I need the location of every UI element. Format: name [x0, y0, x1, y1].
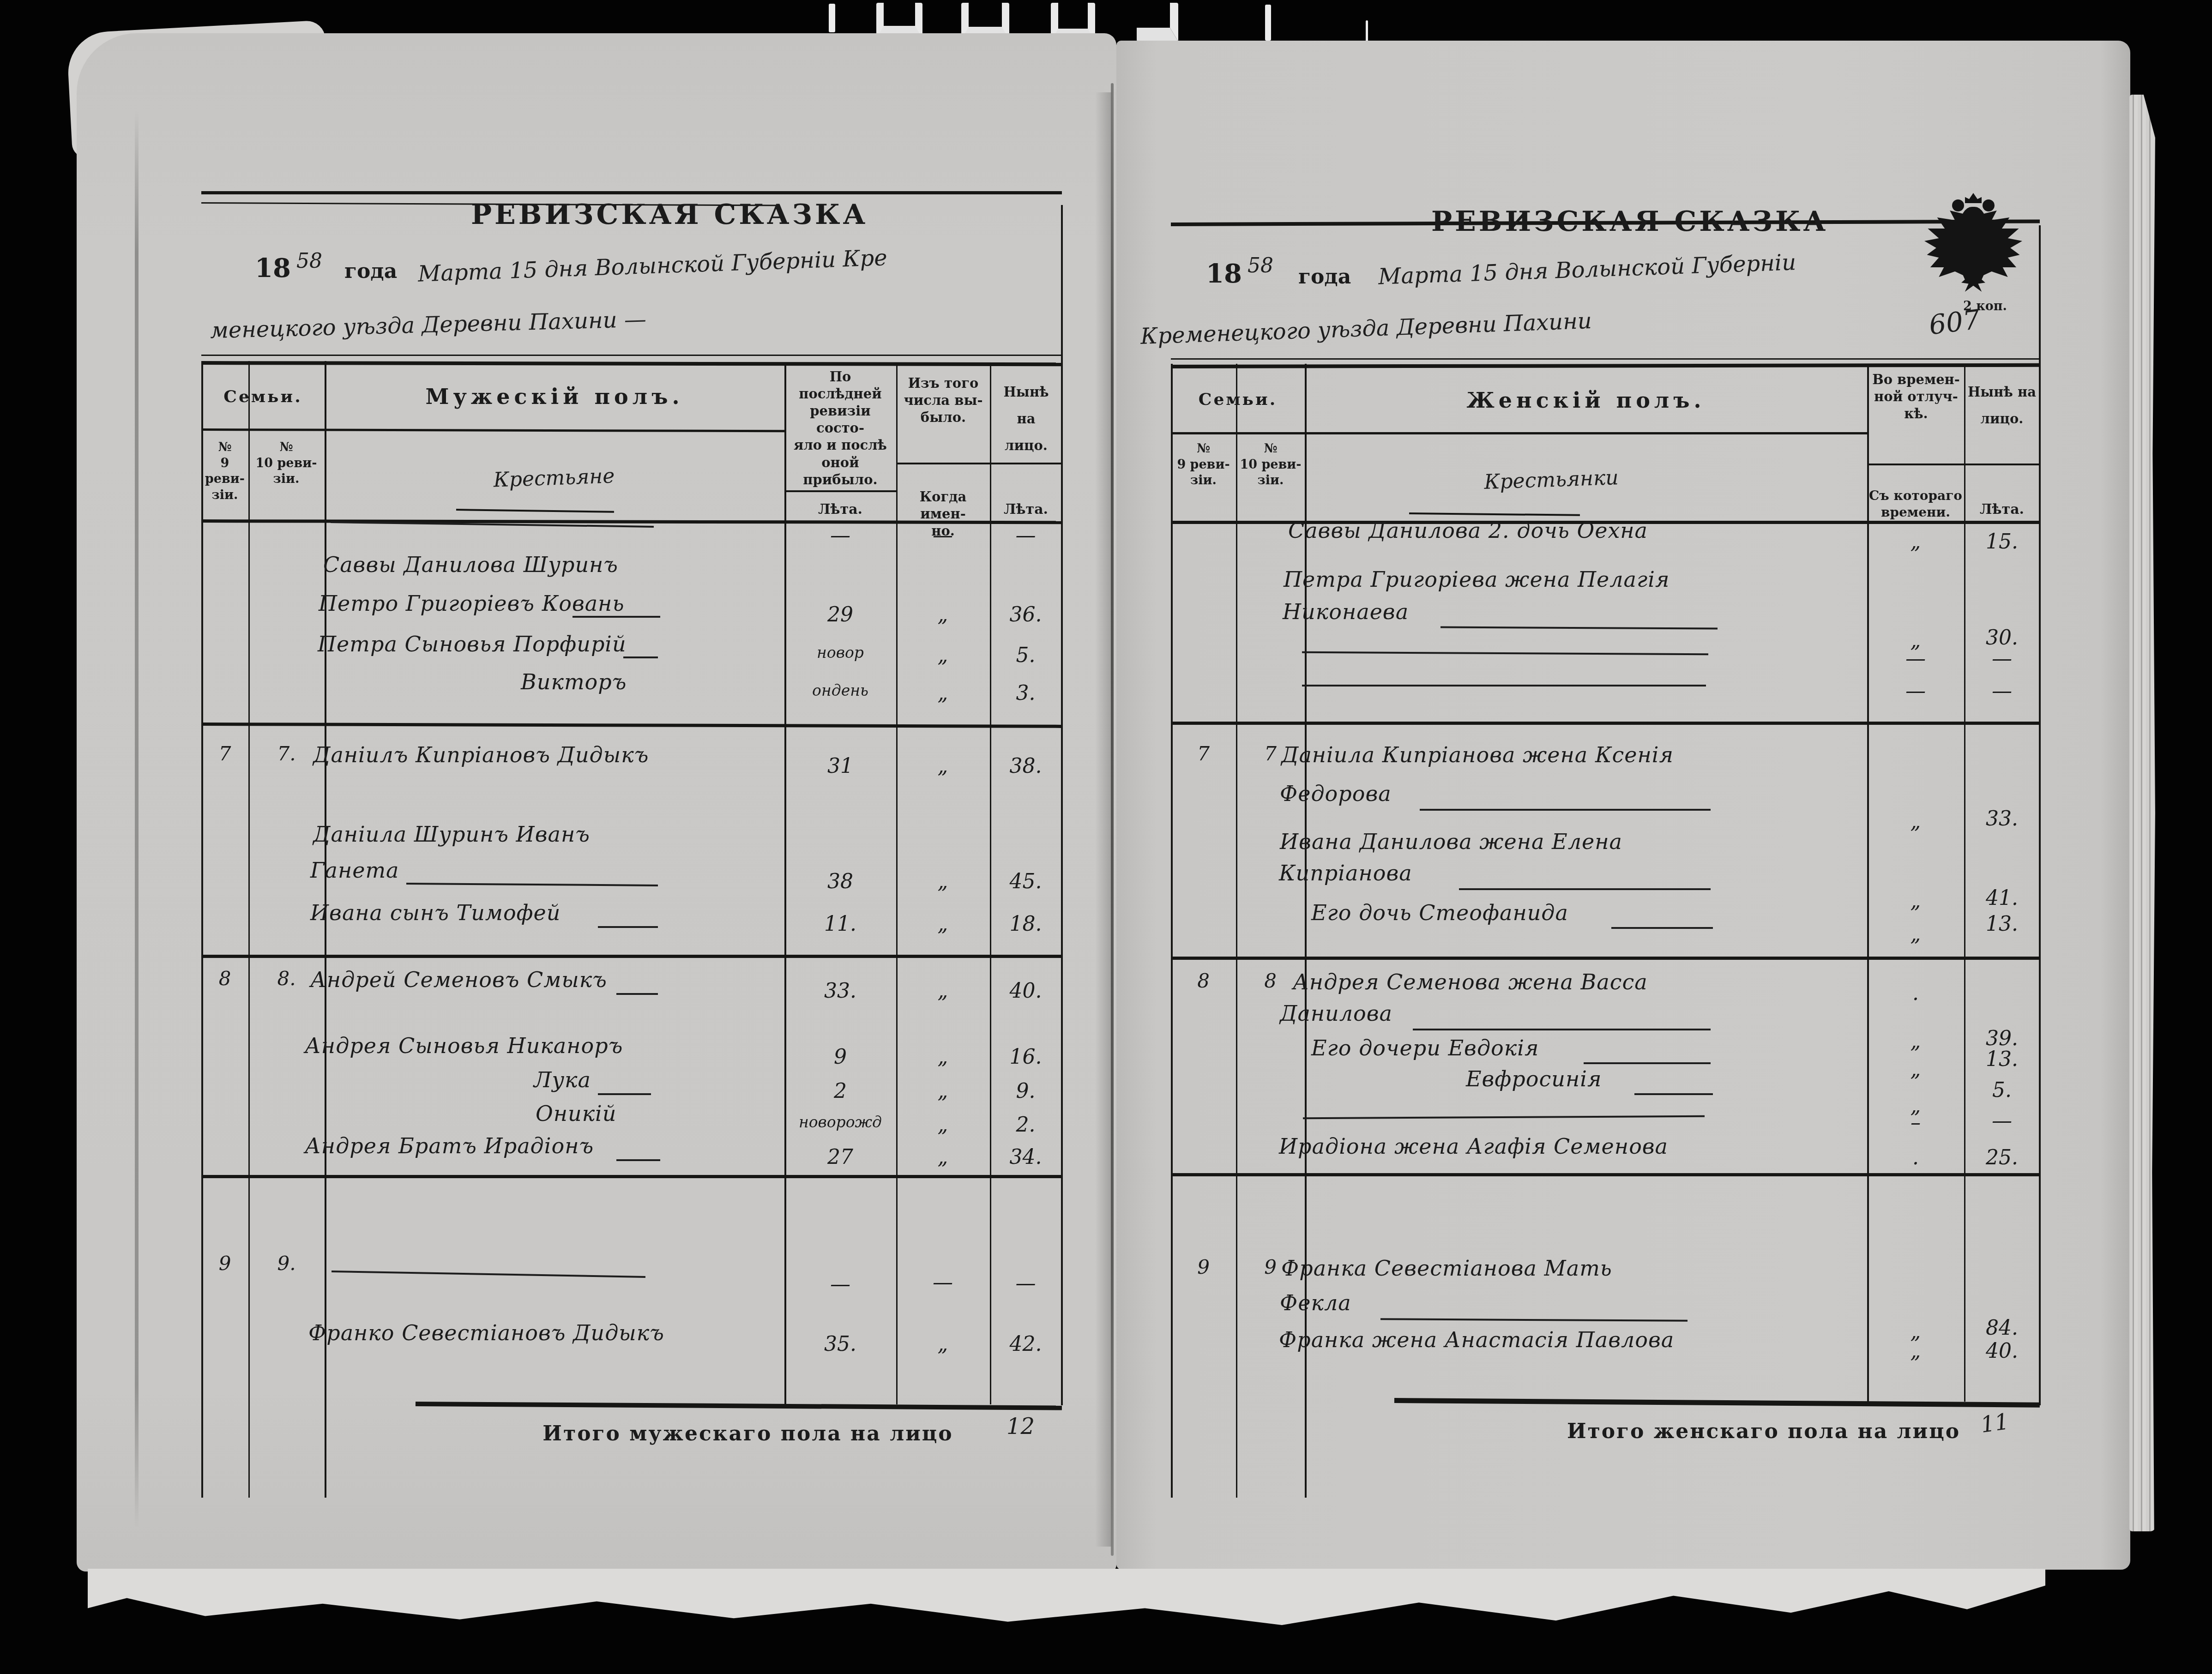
eagle-tail	[1961, 271, 1985, 292]
year-printed: 18	[1206, 259, 1242, 289]
header-last-revision: По послѣдней ревизіи состо- яло и послѣ …	[788, 368, 893, 488]
rule-line	[896, 463, 1062, 464]
person-name: Ирадіона жена Агафія Семенова	[1279, 1134, 1668, 1159]
page-title: РЕВИЗСКАЯ СКАЗКА	[1431, 205, 1745, 238]
total-value: 12	[1007, 1414, 1035, 1439]
since-absent: „	[1868, 530, 1963, 554]
person-name: Саввы Данилова 2. дочь Оехна	[1288, 518, 1648, 543]
ruled-dash	[1634, 1093, 1713, 1095]
since-absent: .	[1868, 1146, 1963, 1169]
year-handwritten: 58	[296, 249, 322, 273]
rule-line	[1867, 464, 2040, 465]
eagle-head-left	[1952, 199, 1964, 211]
film-mark-bar	[1265, 5, 1271, 41]
header-since: Съ котораго времени.	[1867, 488, 1964, 521]
person-name: Франка Севестіанова Мать	[1281, 1256, 1612, 1281]
header-sex: Женскій полъ.	[1305, 387, 1867, 414]
ruled-dash	[1459, 888, 1711, 890]
header-absence: Во времен- ной отлуч- кѣ.	[1870, 371, 1962, 422]
person-name: Даніила Кипріанова жена Ксенія	[1281, 742, 1674, 767]
since-absent: „	[1868, 922, 1963, 946]
ruled-dash	[1413, 1029, 1711, 1030]
age-now: 33.	[1965, 807, 2039, 831]
header-rev9: № 9 реви- зіи.	[201, 440, 248, 503]
header-leta: Лѣта.	[1964, 501, 2040, 518]
ruled-dash	[1584, 1062, 1711, 1064]
table-row: Кипріанова „ 41.	[0, 861, 2212, 907]
family-no-9th: 8	[1171, 969, 1236, 992]
age-now: —	[1965, 679, 2039, 703]
table-row: — —	[0, 672, 2212, 718]
age-now: 13.	[1965, 912, 2039, 936]
eagle-body	[1959, 207, 1987, 276]
year-word: года	[344, 259, 397, 283]
group-separator	[1171, 957, 2040, 960]
header-rev10: № 10 реви- зіи.	[1234, 441, 1308, 489]
family-no-9th: 7	[1171, 742, 1236, 765]
person-name: Кипріанова	[1279, 861, 1412, 885]
person-name: Его дочь Стеофанида	[1311, 900, 1568, 925]
total-label: Итого мужескаго пола на лицо	[536, 1422, 960, 1445]
person-name: Никонаева	[1283, 599, 1409, 624]
group-separator	[201, 955, 1062, 958]
since-absent: —	[1868, 647, 1963, 670]
person-name: Андрея Семенова жена Васса	[1293, 969, 1648, 994]
header-departed: Изъ того числа вы- было.	[899, 375, 987, 426]
table-row: Федорова „ 33.	[0, 781, 2212, 827]
film-mark-bar	[829, 4, 835, 32]
person-name: Данилова	[1280, 1001, 1392, 1026]
film-mark-j	[1137, 3, 1178, 42]
rule-line	[201, 191, 1062, 194]
total-value: 11	[1979, 1409, 2010, 1438]
ruled-dash	[1420, 809, 1711, 811]
age-now: —	[1965, 647, 2039, 670]
person-name: Евфросинія	[1466, 1066, 1602, 1091]
eagle-head-right	[1983, 199, 1995, 211]
page-title: РЕВИЗСКАЯ СКАЗКА	[471, 199, 794, 231]
since-absent: —	[1868, 679, 1963, 703]
page-stack-bottom-edge	[88, 1569, 2045, 1625]
since-absent: –	[1868, 1111, 1963, 1134]
age-now: 5.	[1965, 1078, 2039, 1102]
person-name: Франка жена Анастасія Павлова	[1279, 1327, 1674, 1352]
age-now: —	[1965, 1109, 2039, 1132]
age-now: 40.	[1965, 1339, 2039, 1363]
rule-line	[201, 355, 1062, 356]
header-rev9: № 9 реви- зіи.	[1171, 441, 1236, 489]
table-row: Саввы Данилова 2. дочь Оехна „ 15.	[0, 518, 2212, 564]
year-word: года	[1298, 265, 1351, 289]
ruled-dash	[1441, 626, 1718, 629]
ruled-dash	[1302, 651, 1708, 656]
ruled-dash	[1303, 1115, 1705, 1120]
eagle-crown	[1965, 193, 1982, 203]
year-printed: 18	[255, 253, 291, 283]
stamp-number-handwritten: 607	[1927, 304, 1982, 341]
ruled-dash	[1611, 927, 1713, 929]
header-present: Нынѣ на лицо.	[993, 379, 1060, 459]
person-name: Федорова	[1280, 781, 1392, 806]
header-family: Семьи.	[201, 386, 325, 407]
table-row: Его дочь Стеофанида „ 13.	[0, 900, 2212, 946]
revision-list-scan: РЕВИЗСКАЯ СКАЗКА 18 58 года Марта 15 дня…	[0, 0, 2212, 1674]
header-present: Нынѣ на лицо.	[1966, 379, 2038, 432]
imperial-double-eagle-stamp	[1924, 193, 2022, 298]
rule-line	[784, 490, 896, 492]
person-name: Его дочери Евдокія	[1311, 1036, 1539, 1060]
since-absent: „	[1868, 1339, 1963, 1363]
age-now: 15.	[1965, 530, 2039, 554]
person-name: Ивана Данилова жена Елена	[1280, 829, 1622, 854]
family-no-9th: 9	[1171, 1256, 1236, 1278]
total-label: Итого женскаго пола на лицо	[1547, 1420, 1981, 1443]
table-row: Ирадіона жена Агафія Семенова . 25.	[0, 1134, 2212, 1180]
group-separator	[1171, 722, 2040, 725]
rule-line	[1171, 432, 1867, 434]
header-family: Семьи.	[1171, 389, 1305, 410]
year-handwritten: 58	[1248, 254, 1273, 277]
table-row: Никонаева „ 30.	[0, 599, 2212, 645]
header-sex: Мужескій полъ.	[325, 383, 784, 410]
ruled-dash	[1302, 685, 1706, 686]
header-rev10: № 10 реви- зіи.	[247, 440, 325, 488]
ruled-dash	[1380, 1318, 1688, 1321]
table-row: Франка жена Анастасія Павлова „ 40.	[0, 1327, 2212, 1373]
person-name: Фекла	[1280, 1290, 1351, 1315]
person-name: Петра Григоріева жена Пелагія	[1284, 567, 1670, 592]
age-now: 25.	[1965, 1146, 2039, 1169]
rule-line	[1171, 358, 2040, 360]
